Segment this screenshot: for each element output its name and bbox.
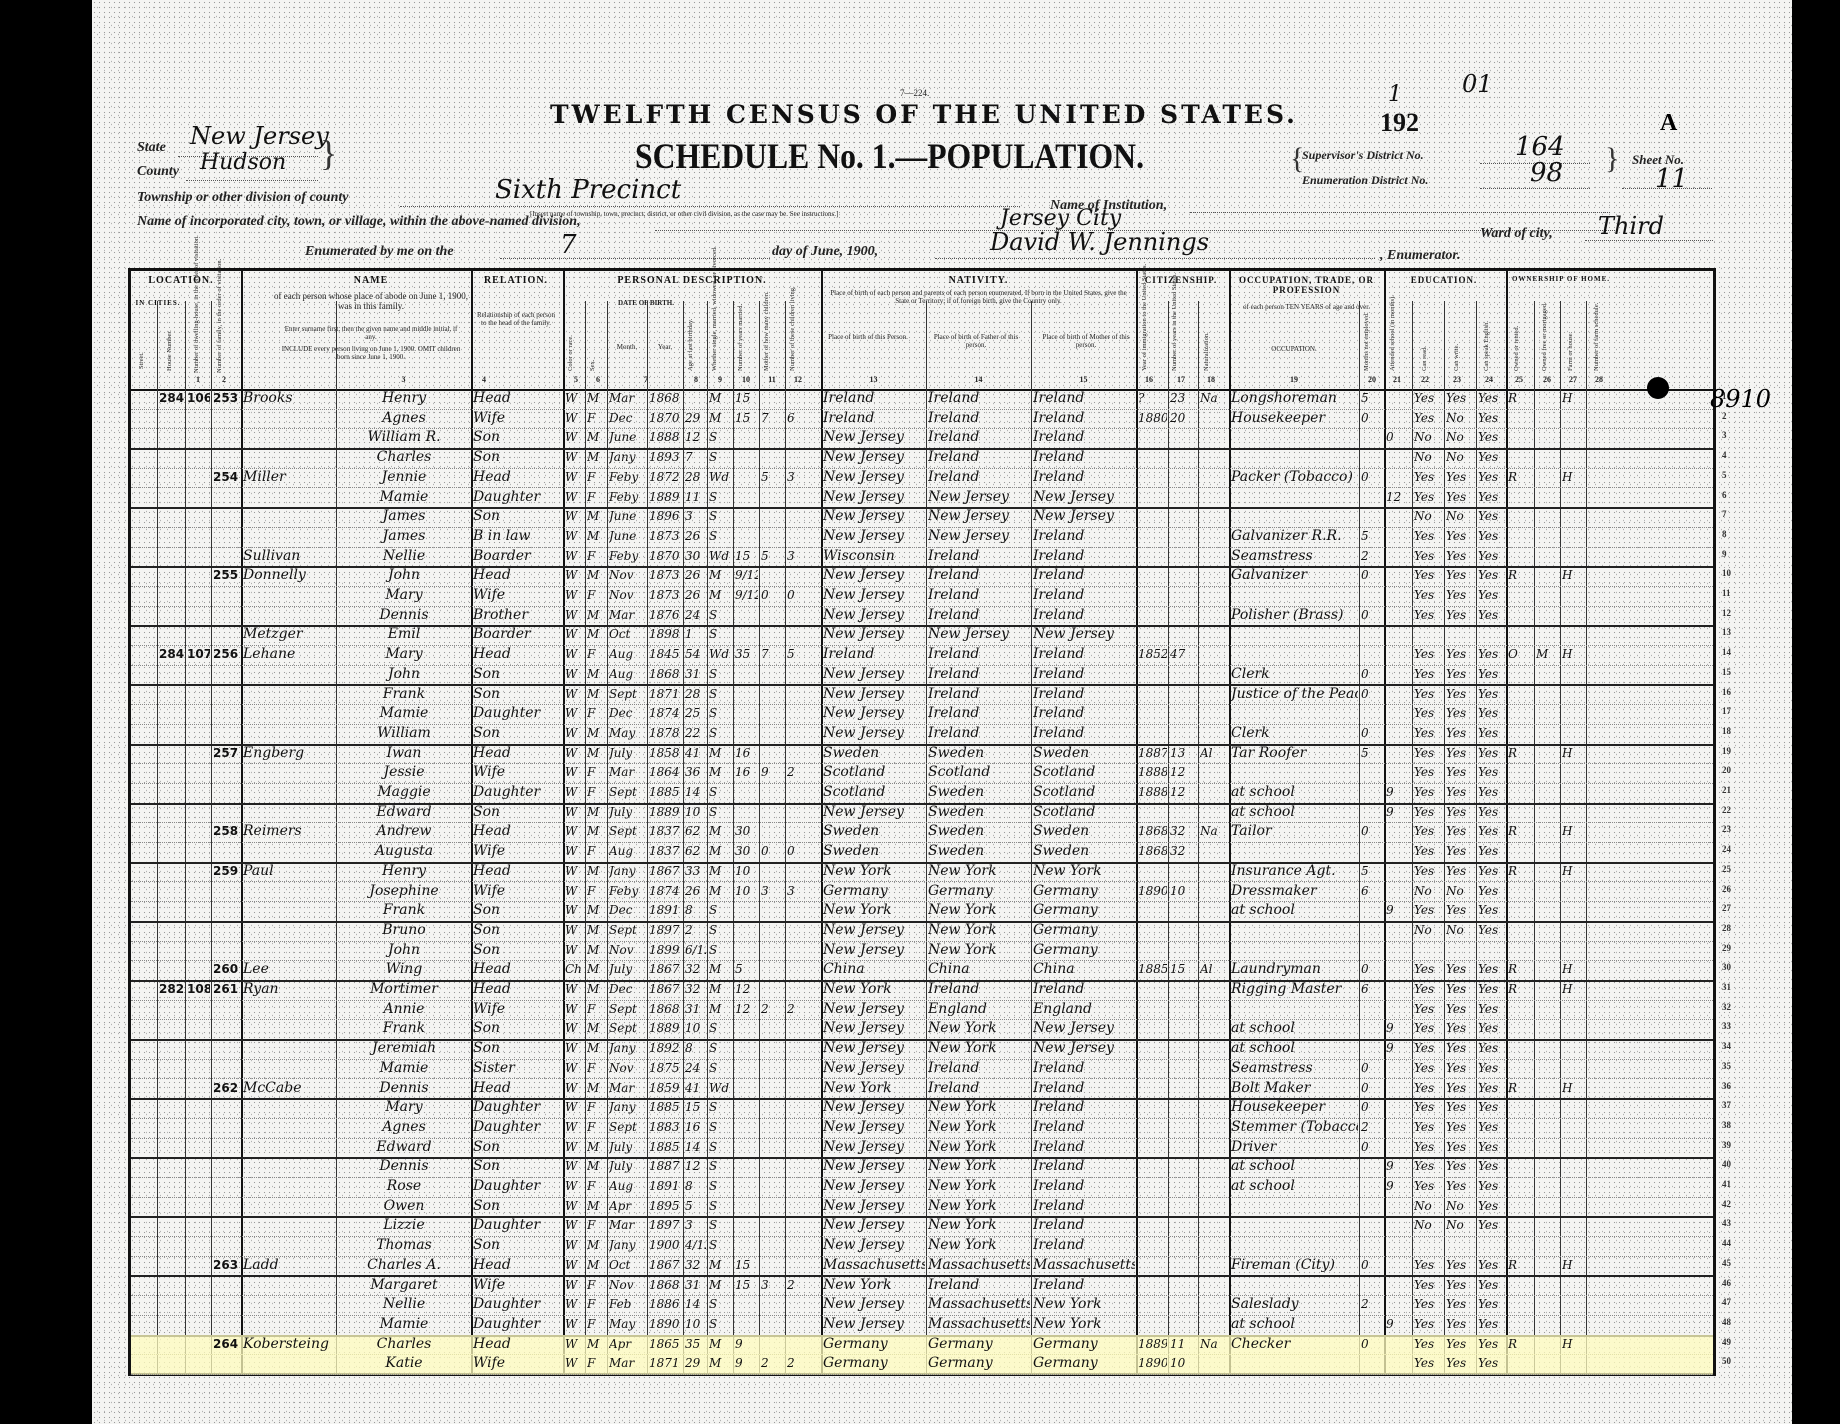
cell-color: W: [565, 763, 584, 783]
scan-border-right: [1792, 0, 1840, 1424]
line-number: 20: [1722, 765, 1731, 775]
cell-age: 10: [685, 1019, 706, 1039]
cell-w: Yes: [1446, 842, 1475, 862]
cell-cl: [787, 448, 820, 468]
line-number: 33: [1722, 1021, 1731, 1031]
cell-surname: McCabe: [243, 1079, 335, 1099]
cell-bm: Ireland: [1033, 389, 1135, 409]
cell-ch: 7: [761, 645, 784, 665]
cell-w: Yes: [1446, 862, 1475, 882]
cell-yu: [1170, 527, 1197, 547]
cell-surname: Ryan: [243, 980, 335, 1000]
cell-color: W: [565, 744, 584, 764]
cell-r: [1414, 1236, 1443, 1256]
cell-bf: New York: [928, 1019, 1030, 1039]
cell-year: 1868: [649, 1276, 682, 1296]
cell-sch: [1386, 547, 1411, 567]
cell-yu: [1170, 606, 1197, 626]
attended-school-label: Attended school (in months).: [1389, 301, 1396, 371]
cell-sex: M: [587, 1079, 606, 1099]
cell-sex: M: [587, 527, 606, 547]
cell-dwell: [187, 566, 210, 586]
cell-ym: [735, 685, 758, 705]
cell-ofm: [1536, 822, 1559, 842]
cell-bp: New Jersey: [823, 586, 925, 606]
cell-mu: 2: [1361, 547, 1383, 567]
cell-ofm: [1536, 1098, 1559, 1118]
cell-bp: New Jersey: [823, 1019, 925, 1039]
cell-rel: Son: [473, 1039, 562, 1059]
cell-w: No: [1446, 921, 1475, 941]
cell-sch: [1386, 448, 1411, 468]
cell-mu: 2: [1361, 1295, 1383, 1315]
cell-ym: [735, 1315, 758, 1335]
cell-rel: Daughter: [473, 1118, 562, 1138]
cell-nat: [1200, 1256, 1228, 1276]
cell-bm: Ireland: [1033, 448, 1135, 468]
cell-mar: M: [709, 842, 732, 862]
cell-bp: New Jersey: [823, 685, 925, 705]
cell-surname: [243, 1315, 335, 1335]
cell-fam: 264: [213, 1335, 240, 1355]
cell-year: 1867: [649, 960, 682, 980]
table-row: MamieDaughterWFDec187425SNew JerseyIrela…: [131, 704, 1713, 725]
cell-month: Oct: [609, 1256, 646, 1276]
cell-mu: 0: [1361, 1059, 1383, 1079]
cell-bm: Sweden: [1033, 744, 1135, 764]
cell-fam: [213, 448, 240, 468]
cell-month: Mar: [609, 1354, 646, 1374]
cell-rel: Daughter: [473, 1177, 562, 1197]
cell-dwell: [187, 763, 210, 783]
cell-given: Frank: [338, 1019, 470, 1039]
cell-yu: [1170, 1059, 1197, 1079]
cell-bp: New Jersey: [823, 1039, 925, 1059]
cell-yi: [1138, 468, 1167, 488]
cell-ch: [761, 448, 784, 468]
cell-bm: Sweden: [1033, 822, 1135, 842]
cell-bf: Ireland: [928, 606, 1030, 626]
cell-own: [1508, 783, 1533, 803]
cell-s: [1478, 625, 1505, 645]
line-number: 10: [1722, 568, 1731, 578]
cell-dwell: [187, 1000, 210, 1020]
cell-sch: [1386, 1059, 1411, 1079]
age-label: Age at last birthday.: [687, 301, 694, 371]
table-row: JamesB in lawWMJune187326SNew JerseyNew …: [131, 527, 1713, 548]
cell-bf: Massachusetts: [928, 1315, 1030, 1335]
cell-yu: [1170, 1098, 1197, 1118]
cell-yi: [1138, 921, 1167, 941]
cell-r: Yes: [1414, 389, 1443, 409]
cell-yu: [1170, 1138, 1197, 1158]
cell-color: Ch: [565, 960, 584, 980]
cell-ofm: [1536, 1216, 1559, 1236]
cell-age: 2: [685, 921, 706, 941]
family-number-label: Number of family, in the order of visita…: [216, 285, 223, 373]
cell-cl: [787, 1216, 820, 1236]
cell-mar: S: [709, 1197, 732, 1217]
cell-ym: [735, 724, 758, 744]
cell-nat: [1200, 488, 1228, 508]
cell-bm: Ireland: [1033, 1276, 1135, 1296]
cell-mar: S: [709, 803, 732, 823]
cell-given: Jennie: [338, 468, 470, 488]
cell-sch: [1386, 1216, 1411, 1236]
cell-house: [159, 1138, 184, 1158]
cell-occ: at school: [1231, 1019, 1358, 1039]
cell-surname: Lee: [243, 960, 335, 980]
cell-dwell: [187, 744, 210, 764]
cell-year: 1870: [649, 409, 682, 429]
cell-rel: Daughter: [473, 1315, 562, 1335]
cell-age: 14: [685, 1138, 706, 1158]
cell-yi: [1138, 1098, 1167, 1118]
cell-surname: [243, 1118, 335, 1138]
cell-r: Yes: [1414, 803, 1443, 823]
cell-w: Yes: [1446, 980, 1475, 1000]
cell-ch: [761, 389, 784, 409]
cell-bm: Ireland: [1033, 1138, 1135, 1158]
cell-nat: Na: [1200, 389, 1228, 409]
cell-r: Yes: [1414, 704, 1443, 724]
cell-mu: 0: [1361, 1098, 1383, 1118]
cell-r: Yes: [1414, 527, 1443, 547]
cell-ofm: [1536, 1118, 1559, 1138]
cell-bf: New York: [928, 921, 1030, 941]
cell-mu: 0: [1361, 1138, 1383, 1158]
cell-yi: 1868: [1138, 842, 1167, 862]
cell-rel: Daughter: [473, 704, 562, 724]
cell-sch: 9: [1386, 803, 1411, 823]
naturalization-label: Naturalization.: [1203, 311, 1210, 371]
enumerated-label: Enumerated by me on the: [305, 244, 454, 260]
cell-given: Jessie: [338, 763, 470, 783]
cell-fh: [1562, 1295, 1585, 1315]
cell-occ: [1231, 507, 1358, 527]
cell-s: Yes: [1478, 428, 1505, 448]
cell-dwell: [187, 665, 210, 685]
cell-sch: 9: [1386, 901, 1411, 921]
cell-rel: Son: [473, 941, 562, 961]
cell-year: 1870: [649, 547, 682, 567]
cell-nat: [1200, 1295, 1228, 1315]
census-title: TWELFTH CENSUS OF THE UNITED STATES.: [550, 100, 1298, 129]
cell-yi: [1138, 1157, 1167, 1177]
cell-rel: Wife: [473, 842, 562, 862]
cell-bf: Ireland: [928, 980, 1030, 1000]
cell-yi: [1138, 1315, 1167, 1335]
cell-ofm: [1536, 1039, 1559, 1059]
cell-sex: F: [587, 409, 606, 429]
cell-age: 41: [685, 1079, 706, 1099]
cell-w: [1446, 625, 1475, 645]
cell-nat: [1200, 1098, 1228, 1118]
cell-house: [159, 1000, 184, 1020]
cell-fam: [213, 1059, 240, 1079]
cell-occ: Polisher (Brass): [1231, 606, 1358, 626]
cell-given: Edward: [338, 1138, 470, 1158]
cell-bm: New York: [1033, 862, 1135, 882]
cell-house: [159, 803, 184, 823]
cell-surname: [243, 665, 335, 685]
cell-ofm: [1536, 606, 1559, 626]
cell-surname: [243, 586, 335, 606]
cell-fam: [213, 704, 240, 724]
cell-dwell: [187, 1138, 210, 1158]
cell-sch: [1386, 1098, 1411, 1118]
cell-color: W: [565, 1276, 584, 1296]
cell-bf: Ireland: [928, 448, 1030, 468]
line-number: 37: [1722, 1100, 1731, 1110]
cell-mu: [1361, 507, 1383, 527]
cell-bf: Germany: [928, 1354, 1030, 1374]
cell-nat: [1200, 428, 1228, 448]
cell-w: No: [1446, 1216, 1475, 1236]
cell-month: Apr: [609, 1197, 646, 1217]
cell-rel: Head: [473, 1079, 562, 1099]
group-education: EDUCATION.: [1384, 275, 1504, 285]
cell-fam: 253: [213, 389, 240, 409]
cell-yu: [1170, 586, 1197, 606]
cell-s: Yes: [1478, 901, 1505, 921]
cell-age: 12: [685, 1157, 706, 1177]
cell-color: W: [565, 941, 584, 961]
cell-color: W: [565, 1157, 584, 1177]
cell-sex: F: [587, 1059, 606, 1079]
cell-bp: Ireland: [823, 409, 925, 429]
cell-yi: 1852: [1138, 645, 1167, 665]
cell-mar: S: [709, 724, 732, 744]
cell-month: Sept: [609, 921, 646, 941]
cell-sex: M: [587, 1039, 606, 1059]
cell-color: W: [565, 1000, 584, 1020]
cell-month: Sept: [609, 685, 646, 705]
cell-occ: [1231, 586, 1358, 606]
line-number: 25: [1722, 864, 1731, 874]
cell-sex: F: [587, 1354, 606, 1374]
cell-own: [1508, 606, 1533, 626]
cell-year: 1876: [649, 606, 682, 626]
cell-r: Yes: [1414, 645, 1443, 665]
cell-ym: [735, 448, 758, 468]
cell-year: 1845: [649, 645, 682, 665]
cell-house: [159, 882, 184, 902]
cell-color: W: [565, 1197, 584, 1217]
table-row: 284106253BrooksHenryHeadWMMar1868M15Irel…: [131, 389, 1713, 410]
cell-fam: [213, 1098, 240, 1118]
cell-bm: New Jersey: [1033, 1019, 1135, 1039]
cell-house: [159, 606, 184, 626]
cell-bf: New York: [928, 901, 1030, 921]
name-description: of each person whose place of abode on J…: [271, 291, 471, 311]
cell-sex: M: [587, 685, 606, 705]
cell-yi: [1138, 1039, 1167, 1059]
cell-sch: [1386, 724, 1411, 744]
cell-r: Yes: [1414, 1000, 1443, 1020]
cell-r: Yes: [1414, 1354, 1443, 1374]
cell-month: May: [609, 724, 646, 744]
cell-yi: ?: [1138, 389, 1167, 409]
cell-month: Aug: [609, 645, 646, 665]
line-number: 8: [1722, 529, 1727, 539]
cell-bp: New Jersey: [823, 507, 925, 527]
cell-ym: 15: [735, 547, 758, 567]
cell-mar: S: [709, 1019, 732, 1039]
table-row: LizzieDaughterWFMar18973SNew JerseyNew Y…: [131, 1216, 1713, 1237]
line-number: 49: [1722, 1337, 1731, 1347]
cell-year: 1873: [649, 566, 682, 586]
cell-color: W: [565, 803, 584, 823]
cell-cl: [787, 724, 820, 744]
cell-cl: [787, 1098, 820, 1118]
cell-dwell: [187, 783, 210, 803]
cell-mar: S: [709, 1059, 732, 1079]
cell-year: 1885: [649, 1098, 682, 1118]
cell-mar: S: [709, 1216, 732, 1236]
cell-dwell: [187, 1177, 210, 1197]
cell-bp: New Jersey: [823, 1197, 925, 1217]
cell-sex: F: [587, 1315, 606, 1335]
cell-yu: [1170, 901, 1197, 921]
cell-year: 1872: [649, 468, 682, 488]
cell-ofm: [1536, 625, 1559, 645]
cell-house: [159, 1098, 184, 1118]
cell-dwell: [187, 625, 210, 645]
cell-mar: S: [709, 1138, 732, 1158]
cell-ch: [761, 488, 784, 508]
cell-rel: Daughter: [473, 1216, 562, 1236]
cell-ch: [761, 1019, 784, 1039]
cell-mu: 6: [1361, 882, 1383, 902]
farm-house-label: Farm or house.: [1567, 311, 1574, 371]
sheet-line: [1622, 188, 1712, 189]
cell-bm: Ireland: [1033, 1059, 1135, 1079]
cell-sex: F: [587, 547, 606, 567]
cell-yi: [1138, 803, 1167, 823]
cell-rel: Son: [473, 724, 562, 744]
cell-nat: [1200, 842, 1228, 862]
cell-rel: Boarder: [473, 625, 562, 645]
cell-age: 8: [685, 901, 706, 921]
cell-ym: 9/12: [735, 566, 758, 586]
cell-nat: [1200, 409, 1228, 429]
cell-mar: M: [709, 763, 732, 783]
cell-fh: H: [1562, 1256, 1585, 1276]
cell-r: Yes: [1414, 586, 1443, 606]
cell-given: James: [338, 507, 470, 527]
cell-year: 1886: [649, 1295, 682, 1315]
cell-dwell: [187, 507, 210, 527]
column-number: 11: [759, 375, 785, 384]
cell-bp: New Jersey: [823, 606, 925, 626]
cell-ofm: [1536, 882, 1559, 902]
cell-s: Yes: [1478, 1295, 1505, 1315]
cell-w: Yes: [1446, 527, 1475, 547]
cell-r: Yes: [1414, 547, 1443, 567]
cell-dwell: [187, 1059, 210, 1079]
brace: }: [320, 132, 337, 174]
cell-w: Yes: [1446, 1118, 1475, 1138]
cell-ym: [735, 1118, 758, 1138]
cell-age: 31: [685, 1276, 706, 1296]
cell-year: 1889: [649, 1019, 682, 1039]
cell-yu: [1170, 1315, 1197, 1335]
cell-year: 1867: [649, 1256, 682, 1276]
cell-s: Yes: [1478, 1157, 1505, 1177]
cell-yu: 12: [1170, 783, 1197, 803]
name-include-note: INCLUDE every person living on June 1, 1…: [281, 345, 461, 361]
table-row: MargaretWifeWFNov186831M1532New YorkIrel…: [131, 1276, 1713, 1297]
cell-month: Sept: [609, 1000, 646, 1020]
line-number: 44: [1722, 1238, 1731, 1248]
cell-house: [159, 566, 184, 586]
cell-surname: [243, 724, 335, 744]
cell-ch: [761, 1295, 784, 1315]
cell-dwell: [187, 1019, 210, 1039]
cell-cl: [787, 1118, 820, 1138]
line-number: 4: [1722, 450, 1727, 460]
cell-yu: [1170, 448, 1197, 468]
institution-label: Name of Institution,: [1050, 198, 1167, 214]
cell-mu: [1361, 1177, 1383, 1197]
line-number: 35: [1722, 1061, 1731, 1071]
cell-house: [159, 704, 184, 724]
cell-fh: H: [1562, 960, 1585, 980]
cell-ch: 3: [761, 1276, 784, 1296]
cell-sch: [1386, 625, 1411, 645]
cell-yi: [1138, 488, 1167, 508]
cell-sch: [1386, 1138, 1411, 1158]
cell-fh: [1562, 1059, 1585, 1079]
cell-fam: 261: [213, 980, 240, 1000]
cell-own: [1508, 1177, 1533, 1197]
column-number: 12: [785, 375, 811, 384]
cell-bf: Massachusetts: [928, 1295, 1030, 1315]
cell-sch: 9: [1386, 1177, 1411, 1197]
cell-r: No: [1414, 921, 1443, 941]
cell-bf: New York: [928, 1039, 1030, 1059]
cell-nat: [1200, 547, 1228, 567]
cell-ym: [735, 921, 758, 941]
cell-dwell: [187, 606, 210, 626]
cell-color: W: [565, 389, 584, 409]
cell-sex: F: [587, 645, 606, 665]
cell-year: 1885: [649, 1138, 682, 1158]
cell-occ: Longshoreman: [1231, 389, 1358, 409]
cell-sch: 9: [1386, 1315, 1411, 1335]
table-row: MamieSisterWFNov187524SNew JerseyIreland…: [131, 1059, 1713, 1080]
cell-own: [1508, 507, 1533, 527]
cell-dwell: [187, 547, 210, 567]
cell-color: W: [565, 1118, 584, 1138]
cell-yu: [1170, 704, 1197, 724]
supervisor-label: Supervisor's District No.: [1302, 148, 1424, 163]
cell-rel: Head: [473, 1335, 562, 1355]
cell-fam: [213, 1315, 240, 1335]
cell-house: [159, 921, 184, 941]
cell-r: Yes: [1414, 1315, 1443, 1335]
table-row: William R.SonWMJune188812SNew JerseyIrel…: [131, 428, 1713, 450]
cell-own: [1508, 1059, 1533, 1079]
cell-color: W: [565, 1138, 584, 1158]
cell-year: 1890: [649, 1315, 682, 1335]
cell-nat: [1200, 1039, 1228, 1059]
cell-bf: Sweden: [928, 783, 1030, 803]
cell-yi: [1138, 1177, 1167, 1197]
cell-ch: 2: [761, 1000, 784, 1020]
cell-own: [1508, 1276, 1533, 1296]
